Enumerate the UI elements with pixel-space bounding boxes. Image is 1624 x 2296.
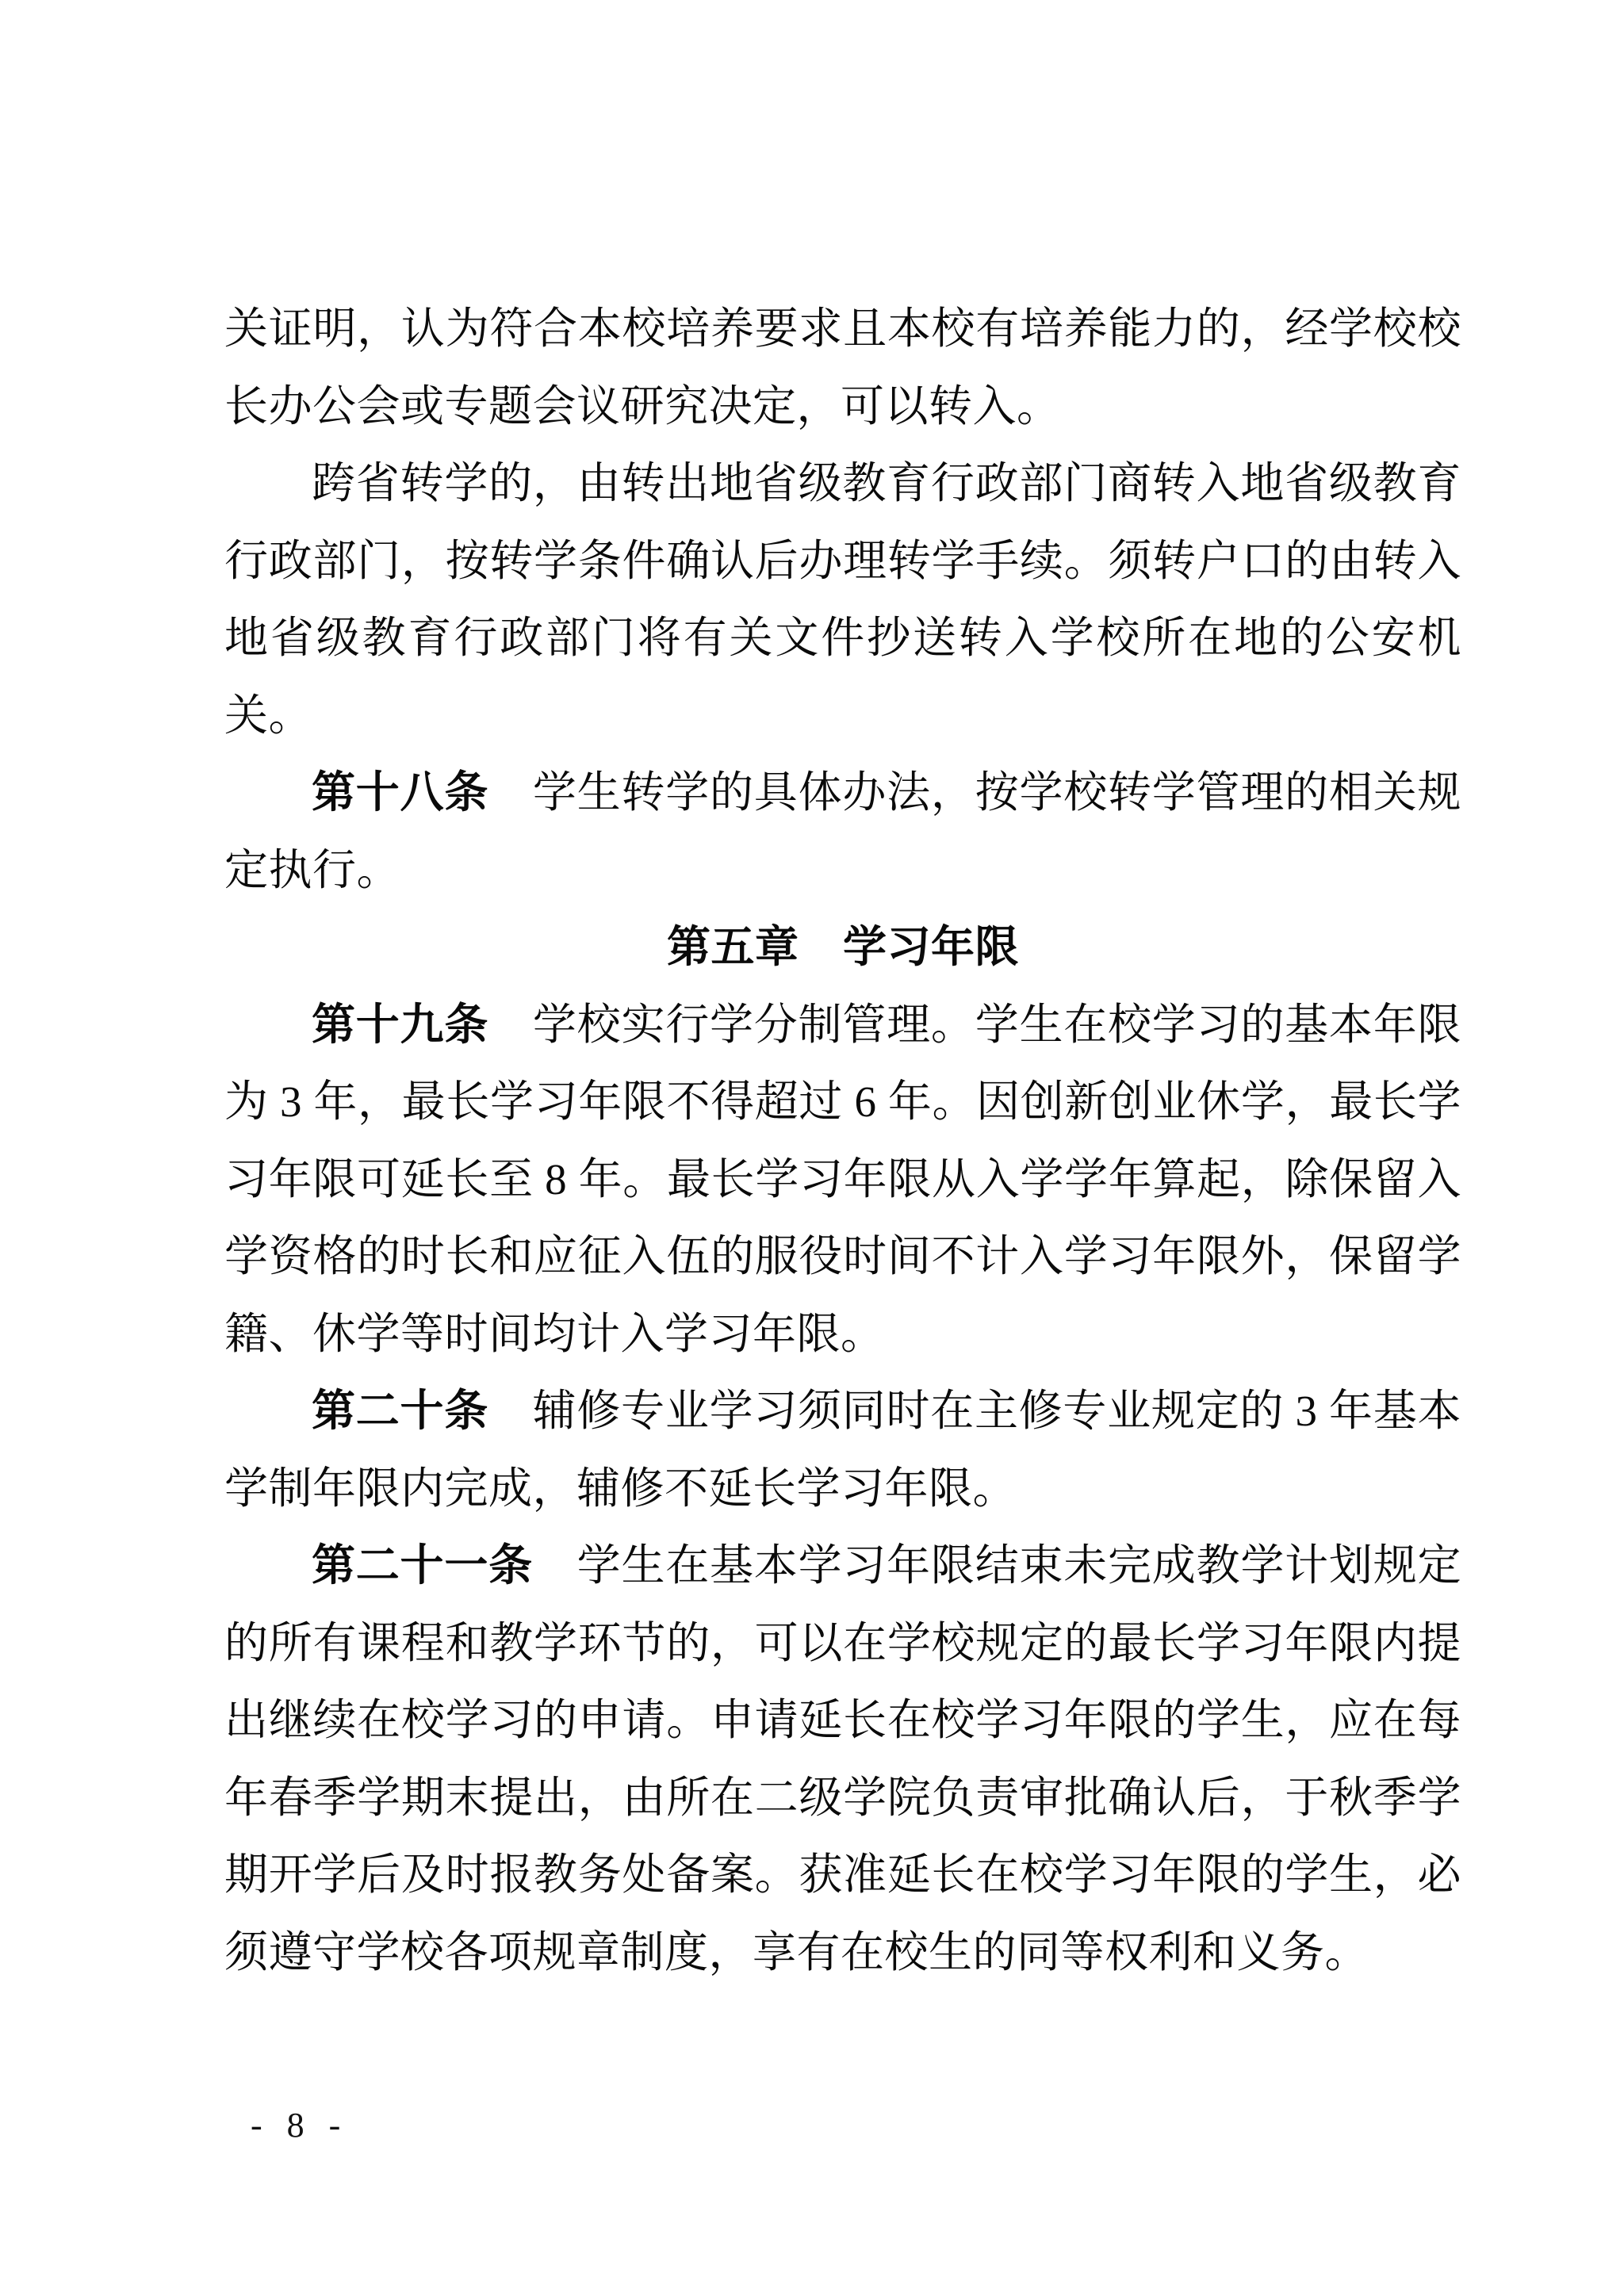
- bold-text-run: 第十九条: [312, 999, 488, 1050]
- bold-text-run: 第二十一条: [312, 1540, 533, 1590]
- paragraph: 第十八条 学生转学的具体办法，按学校转学管理的相关规定执行。: [224, 754, 1461, 909]
- paragraph: 关证明，认为符合本校培养要求且本校有培养能力的，经学校校长办公会或专题会议研究决…: [224, 290, 1461, 445]
- bold-text-run: 第五章 学习年限: [667, 921, 1019, 972]
- text-run: 学校实行学分制管理。学生在校学习的基本年限为 3 年，最长学习年限不得超过 6 …: [224, 1001, 1461, 1358]
- text-run: 学生在基本学习年限结束未完成教学计划规定的所有课程和教学环节的，可以在学校规定的…: [224, 1541, 1461, 1976]
- text-run: 跨省转学的，由转出地省级教育行政部门商转入地省级教育行政部门，按转学条件确认后办…: [224, 459, 1461, 740]
- document-body: 关证明，认为符合本校培养要求且本校有培养能力的，经学校校长办公会或专题会议研究决…: [224, 290, 1461, 1991]
- chapter-heading: 第五章 学习年限: [224, 909, 1461, 986]
- bold-text-run: 第十八条: [312, 767, 488, 817]
- text-run: 关证明，认为符合本校培养要求且本校有培养能力的，经学校校长办公会或专题会议研究决…: [224, 304, 1461, 430]
- document-page: 关证明，认为符合本校培养要求且本校有培养能力的，经学校校长办公会或专题会议研究决…: [0, 0, 1624, 2296]
- paragraph: 跨省转学的，由转出地省级教育行政部门商转入地省级教育行政部门，按转学条件确认后办…: [224, 445, 1461, 754]
- page-number: - 8 -: [251, 2105, 348, 2145]
- bold-text-run: 第二十条: [312, 1385, 488, 1436]
- paragraph: 第二十条 辅修专业学习须同时在主修专业规定的 3 年基本学制年限内完成，辅修不延…: [224, 1372, 1461, 1527]
- paragraph: 第二十一条 学生在基本学习年限结束未完成教学计划规定的所有课程和教学环节的，可以…: [224, 1527, 1461, 1991]
- paragraph: 第十九条 学校实行学分制管理。学生在校学习的基本年限为 3 年，最长学习年限不得…: [224, 986, 1461, 1373]
